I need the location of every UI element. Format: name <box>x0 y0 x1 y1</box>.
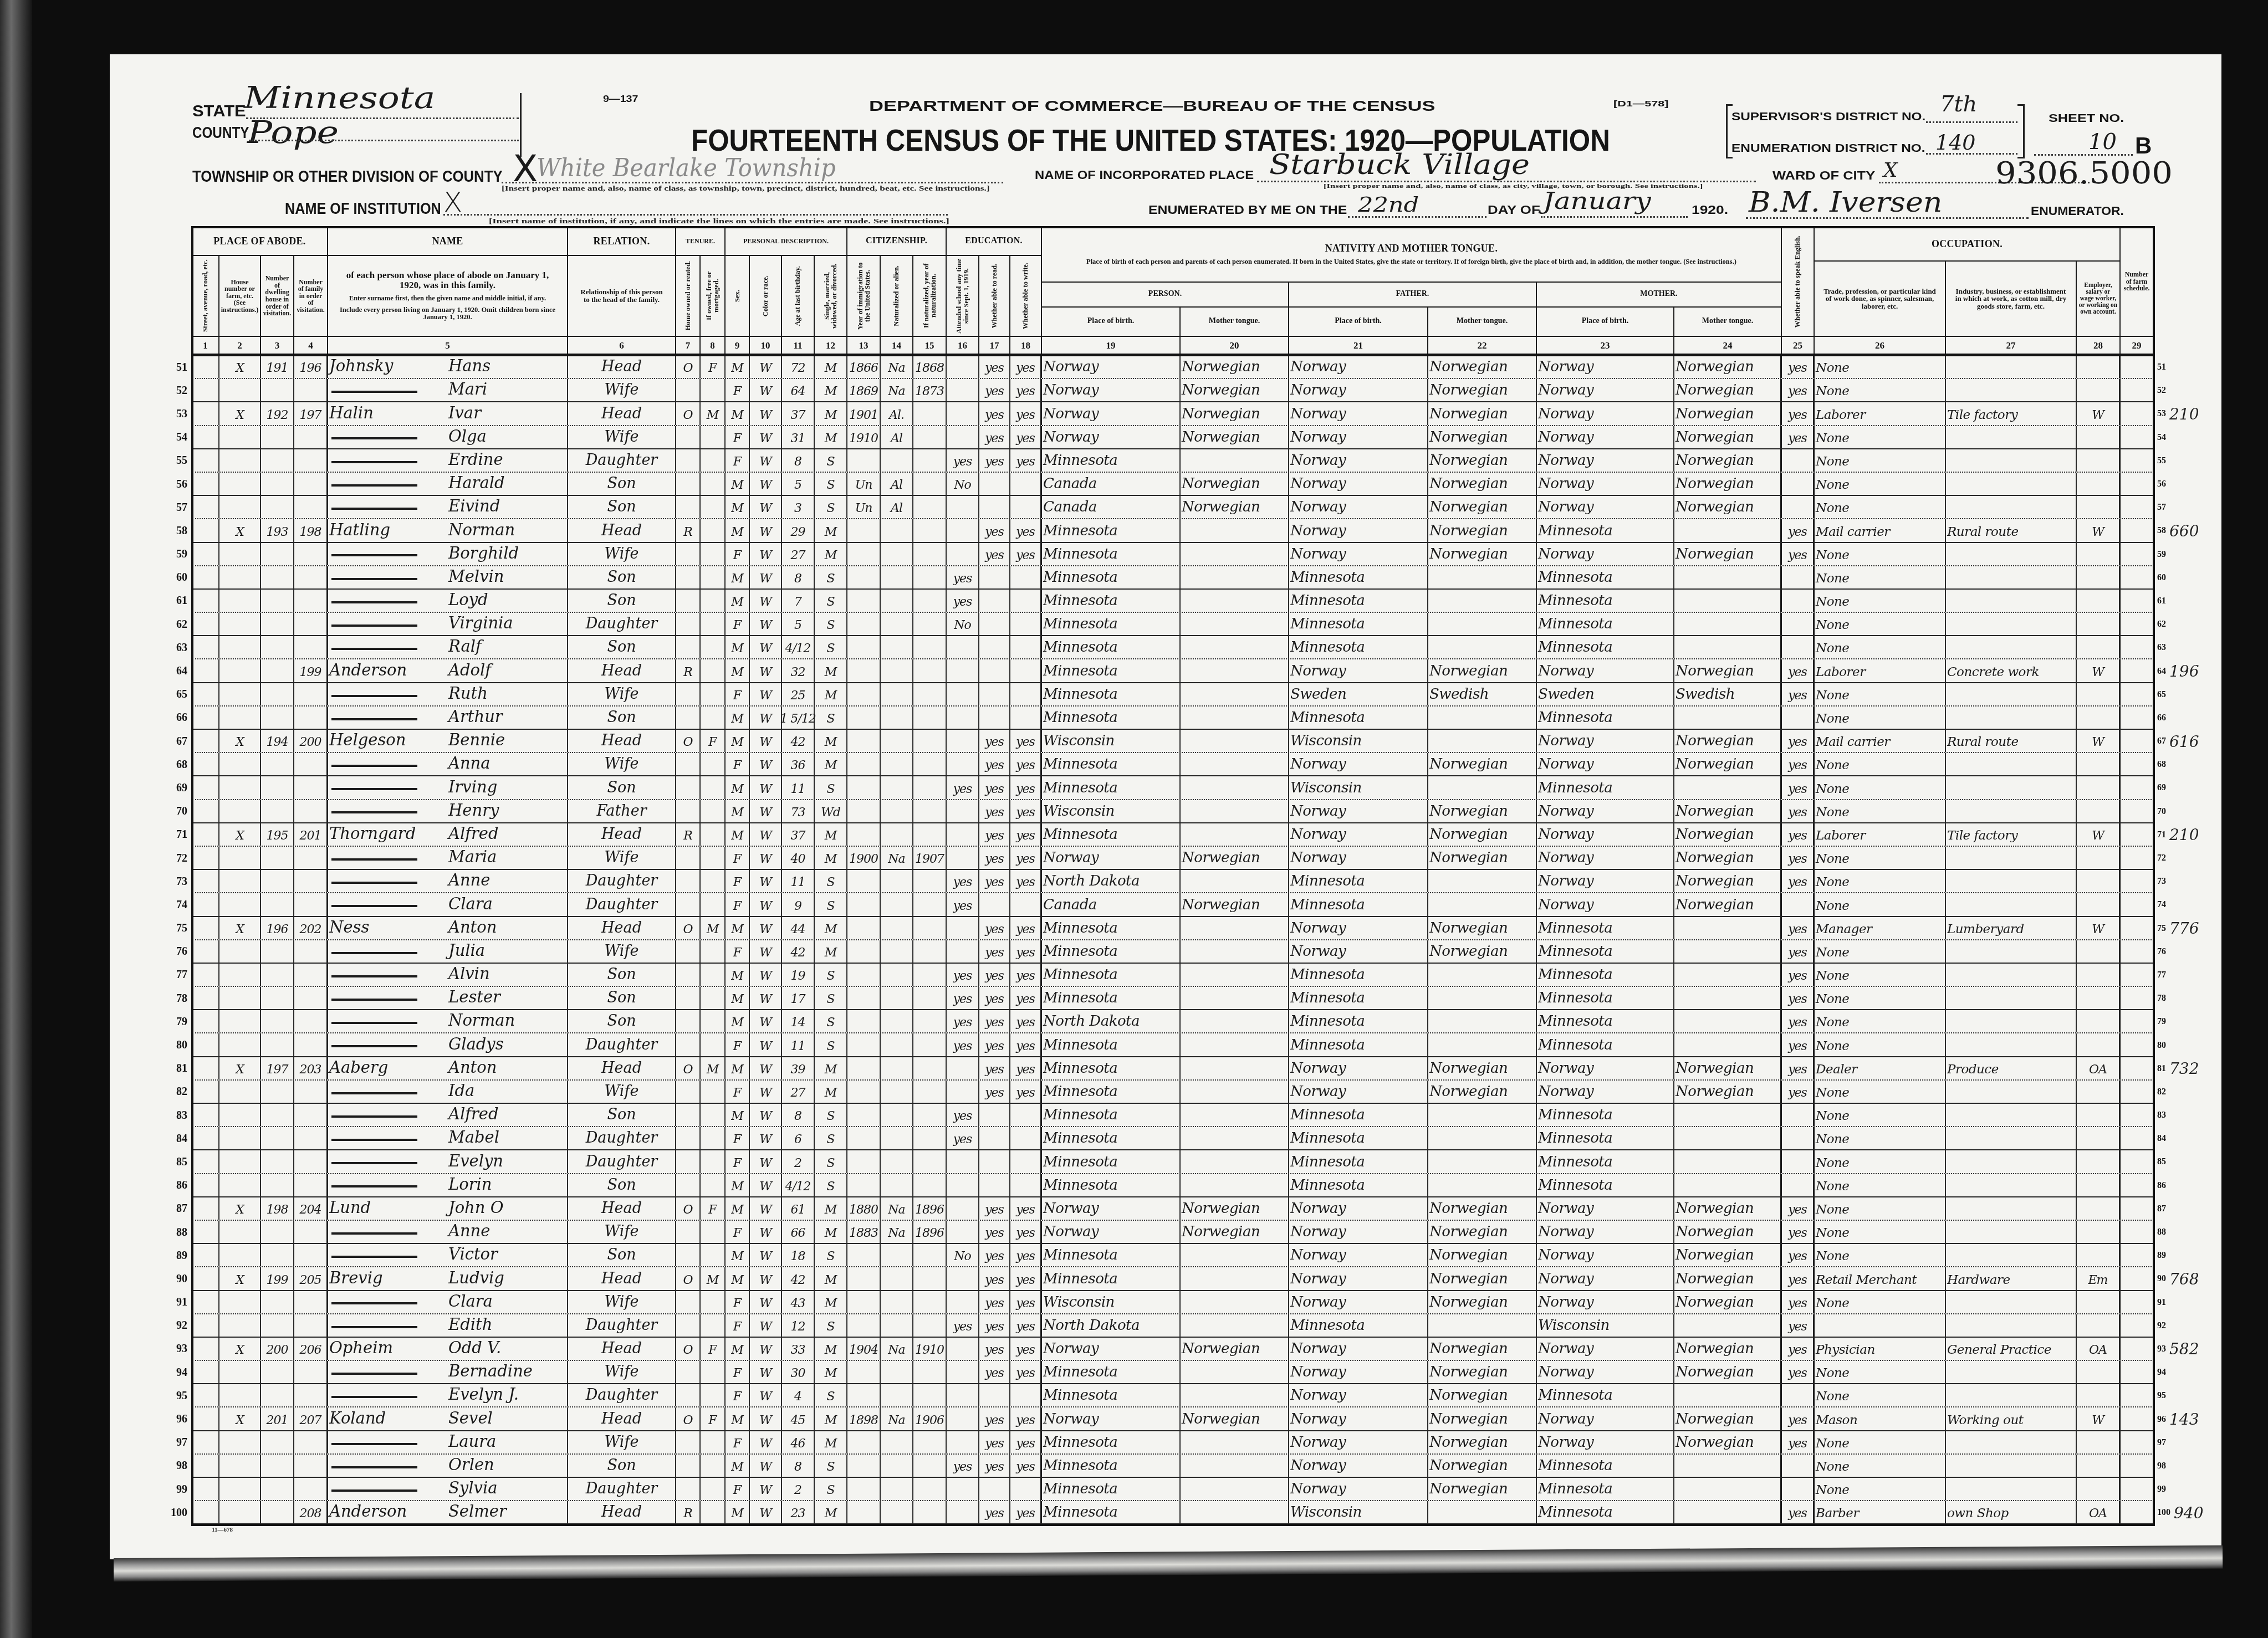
cell-mother-tongue <box>1181 1455 1289 1477</box>
cell-house-number <box>219 1221 261 1243</box>
cell-family-number <box>294 496 328 518</box>
group-mother: MOTHER. <box>1537 283 1782 308</box>
table-row: X193198HatlingNormanHeadRMW29MyesyesMinn… <box>192 519 2154 542</box>
cell-class-of-worker <box>2077 1081 2121 1103</box>
cell-naturalized-alien: Na <box>881 379 913 401</box>
cell-age: 33 <box>782 1338 815 1360</box>
surname: Ness <box>329 918 448 936</box>
surname: — <box>329 754 448 772</box>
cell-street <box>192 1104 219 1126</box>
cell-father-mother-tongue <box>1428 707 1537 729</box>
cell-immigration-year: Un <box>847 496 881 518</box>
month-underline <box>1541 216 1688 218</box>
cell-marital-status: M <box>815 379 847 401</box>
surname: — <box>329 1361 448 1380</box>
cell-mother-birthplace: Norway <box>1537 823 1674 846</box>
cell-can-read: yes <box>979 449 1010 472</box>
cell-name: —Mari <box>328 379 568 401</box>
surname: — <box>329 941 448 960</box>
cell-sex: M <box>726 1010 750 1032</box>
line-number-right: 77 <box>2157 964 2229 987</box>
cell-mother-mother-tongue: Norwegian <box>1674 1081 1782 1103</box>
given-name: Norman <box>448 520 515 539</box>
cell-can-read <box>979 683 1010 705</box>
incorporated-place-label: NAME OF INCORPORATED PLACE <box>1035 169 1254 181</box>
cell-dwelling-number <box>261 964 294 986</box>
line-number-right: 72 <box>2157 847 2229 870</box>
line-number-right: 71210 <box>2157 823 2229 847</box>
cell-farm-schedule <box>2121 1407 2154 1430</box>
cell-age: 29 <box>782 519 815 541</box>
cell-can-read: yes <box>979 1033 1010 1056</box>
cell-father-birthplace: Minnesota <box>1289 613 1428 635</box>
cell-naturalization-year: 1907 <box>913 847 947 869</box>
cell-naturalized-alien <box>881 519 913 541</box>
cell-father-mother-tongue <box>1428 1104 1537 1126</box>
cell-marital-status: S <box>815 613 847 635</box>
group-personal-description: PERSONAL DESCRIPTION. <box>726 227 847 256</box>
cell-immigration-year <box>847 870 881 892</box>
township-underline <box>502 182 1003 183</box>
cell-immigration-year <box>847 1127 881 1149</box>
cell-free-mortgaged <box>701 1081 726 1103</box>
cell-speaks-english: yes <box>1782 1314 1815 1337</box>
cell-free-mortgaged <box>701 1033 726 1056</box>
col-10-header: Color or race. <box>750 256 782 337</box>
cell-naturalized-alien: Na <box>881 847 913 869</box>
cell-industry <box>1946 1174 2077 1196</box>
cell-attended-school: yes <box>947 1033 979 1056</box>
cell-trade: None <box>1815 636 1946 658</box>
township-value: White Bearlake Township <box>537 156 836 181</box>
cell-free-mortgaged <box>701 893 726 915</box>
cell-father-mother-tongue: Norwegian <box>1428 519 1537 541</box>
cell-farm-schedule <box>2121 1314 2154 1337</box>
cell-father-mother-tongue: Norwegian <box>1428 1267 1537 1289</box>
cell-marital-status: M <box>815 1221 847 1243</box>
given-name: Selmer <box>448 1502 507 1521</box>
cell-can-write: yes <box>1010 1431 1042 1453</box>
table-row: X198204LundJohn OHeadOFMW61M1880Na1896ye… <box>192 1197 2154 1221</box>
cell-free-mortgaged <box>701 964 726 986</box>
cell-immigration-year <box>847 543 881 565</box>
cell-marital-status: S <box>815 1150 847 1173</box>
cell-sex: F <box>726 543 750 565</box>
cell-farm-schedule <box>2121 730 2154 752</box>
col-29-header: Number of farm schedule. <box>2121 227 2154 337</box>
cell-birthplace: Minnesota <box>1042 1104 1181 1126</box>
line-number: 59 <box>2157 550 2166 560</box>
cell-trade: None <box>1815 1081 1946 1103</box>
cell-family-number: 207 <box>294 1407 328 1430</box>
line-number: 77 <box>160 964 187 987</box>
cell-industry: Produce <box>1946 1057 2077 1079</box>
cell-speaks-english <box>1782 1384 1815 1406</box>
cell-street <box>192 1081 219 1103</box>
cell-naturalized-alien: Al <box>881 426 913 448</box>
given-name: Anna <box>448 754 491 772</box>
cell-attended-school <box>947 1197 979 1220</box>
cell-street <box>192 1127 219 1149</box>
cell-mother-birthplace: Norway <box>1537 1407 1674 1430</box>
cell-can-write: yes <box>1010 847 1042 869</box>
cell-naturalization-year <box>913 870 947 892</box>
column-number-8: 8 <box>701 337 726 356</box>
cell-mother-mother-tongue: Norwegian <box>1674 1221 1782 1243</box>
cell-family-number: 203 <box>294 1057 328 1079</box>
cell-father-mother-tongue: Norwegian <box>1428 1431 1537 1453</box>
cell-sex: F <box>726 683 750 705</box>
cell-marital-status: M <box>815 1081 847 1103</box>
line-number: 99 <box>160 1478 187 1501</box>
cell-marital-status: M <box>815 730 847 752</box>
cell-age: 18 <box>782 1244 815 1266</box>
cell-birthplace: Canada <box>1042 893 1181 915</box>
cell-attended-school: yes <box>947 449 979 472</box>
cell-class-of-worker <box>2077 1174 2121 1196</box>
cell-can-write: yes <box>1010 1081 1042 1103</box>
cell-color: W <box>750 1104 782 1126</box>
line-number-right: 85 <box>2157 1150 2229 1174</box>
cell-family-number <box>294 1174 328 1196</box>
cell-father-birthplace: Norway <box>1289 426 1428 448</box>
line-number: 63 <box>2157 643 2166 653</box>
cell-mother-birthplace: Norway <box>1537 1221 1674 1243</box>
cell-speaks-english: yes <box>1782 917 1815 939</box>
line-number: 98 <box>160 1455 187 1478</box>
cell-naturalized-alien: Al <box>881 496 913 518</box>
cell-mother-mother-tongue: Norwegian <box>1674 1291 1782 1313</box>
cell-naturalization-year <box>913 1150 947 1173</box>
cell-street <box>192 1010 219 1032</box>
cell-speaks-english: yes <box>1782 1221 1815 1243</box>
cell-free-mortgaged: M <box>701 402 726 424</box>
cell-color: W <box>750 1338 782 1360</box>
cell-naturalization-year <box>913 636 947 658</box>
cell-class-of-worker <box>2077 847 2121 869</box>
cell-father-mother-tongue: Norwegian <box>1428 1338 1537 1360</box>
col-5-header: of each person whose place of abode on J… <box>328 256 568 337</box>
cell-age: 11 <box>782 870 815 892</box>
given-name: Clara <box>448 894 493 913</box>
cell-father-mother-tongue: Norwegian <box>1428 940 1537 963</box>
cell-color: W <box>750 659 782 682</box>
cell-free-mortgaged <box>701 1010 726 1032</box>
cell-home-owned-rented <box>676 496 701 518</box>
cell-naturalized-alien: Na <box>881 356 913 378</box>
cell-street <box>192 1197 219 1220</box>
cell-trade: Barber <box>1815 1501 1946 1523</box>
cell-mother-mother-tongue: Norwegian <box>1674 659 1782 682</box>
cell-mother-mother-tongue <box>1674 1455 1782 1477</box>
cell-trade: Laborer <box>1815 402 1946 424</box>
cell-dwelling-number <box>261 870 294 892</box>
cell-home-owned-rented: R <box>676 659 701 682</box>
cell-home-owned-rented <box>676 753 701 775</box>
cell-industry <box>1946 426 2077 448</box>
cell-attended-school: yes <box>947 566 979 588</box>
cell-class-of-worker <box>2077 1150 2121 1173</box>
line-number-right: 57 <box>2157 496 2229 519</box>
cell-sex: M <box>726 1267 750 1289</box>
cell-free-mortgaged <box>701 1501 726 1523</box>
cell-age: 27 <box>782 1081 815 1103</box>
cell-father-birthplace: Norway <box>1289 356 1428 378</box>
cell-naturalized-alien <box>881 590 913 612</box>
cell-dwelling-number <box>261 1174 294 1196</box>
surname: — <box>329 1104 448 1123</box>
cell-free-mortgaged <box>701 776 726 798</box>
column-number-23: 23 <box>1537 337 1674 356</box>
cell-marital-status: S <box>815 987 847 1009</box>
cell-industry: Rural route <box>1946 519 2077 541</box>
line-numbers-right: 5152532105455565758660596061626364196656… <box>2157 356 2229 1524</box>
cell-father-mother-tongue: Norwegian <box>1428 1081 1537 1103</box>
cell-mother-mother-tongue <box>1674 1127 1782 1149</box>
cell-father-birthplace: Norway <box>1289 496 1428 518</box>
column-number-19: 19 <box>1042 337 1181 356</box>
cell-naturalization-year <box>913 1455 947 1477</box>
given-name: Anne <box>448 1221 490 1240</box>
cell-marital-status: S <box>815 1033 847 1056</box>
margin-note: 582 <box>2169 1340 2199 1358</box>
cell-street <box>192 426 219 448</box>
column-number-11: 11 <box>782 337 815 356</box>
cell-sex: M <box>726 964 750 986</box>
cell-name: JohnskyHans <box>328 356 568 378</box>
cell-father-mother-tongue: Norwegian <box>1428 823 1537 846</box>
cell-father-birthplace: Minnesota <box>1289 636 1428 658</box>
cell-sex: M <box>726 636 750 658</box>
cell-mother-tongue <box>1181 683 1289 705</box>
cell-father-birthplace: Norway <box>1289 823 1428 846</box>
given-name: Eivind <box>448 496 500 515</box>
cell-free-mortgaged <box>701 426 726 448</box>
cell-birthplace: North Dakota <box>1042 870 1181 892</box>
cell-naturalization-year <box>913 1267 947 1289</box>
state-value: Minnesota <box>244 83 435 113</box>
cell-speaks-english: yes <box>1782 659 1815 682</box>
cell-mother-tongue <box>1181 987 1289 1009</box>
cell-immigration-year <box>847 1267 881 1289</box>
line-number-right: 98 <box>2157 1455 2229 1478</box>
line-number: 93 <box>2157 1344 2166 1354</box>
cell-naturalized-alien <box>881 1127 913 1149</box>
cell-can-write <box>1010 1104 1042 1126</box>
cell-naturalization-year <box>913 893 947 915</box>
cell-free-mortgaged <box>701 800 726 822</box>
cell-immigration-year <box>847 917 881 939</box>
cell-mother-mother-tongue <box>1674 964 1782 986</box>
cell-class-of-worker <box>2077 1244 2121 1266</box>
cell-can-read <box>979 1384 1010 1406</box>
cell-sex: F <box>726 753 750 775</box>
cell-naturalization-year <box>913 776 947 798</box>
cell-trade: None <box>1815 964 1946 986</box>
cell-free-mortgaged: F <box>701 1407 726 1430</box>
supervisor-district-value: 7th <box>1940 93 1977 115</box>
cell-marital-status: S <box>815 1455 847 1477</box>
cell-mother-birthplace: Minnesota <box>1537 1033 1674 1056</box>
cell-name: —Anne <box>328 1221 568 1243</box>
cell-name: —Ralf <box>328 636 568 658</box>
cell-dwelling-number <box>261 496 294 518</box>
township-caption: [Insert proper name and, also, name of c… <box>502 185 990 192</box>
cell-marital-status: Wd <box>815 800 847 822</box>
cell-father-mother-tongue: Norwegian <box>1428 379 1537 401</box>
line-number: 94 <box>160 1361 187 1384</box>
cell-age: 44 <box>782 917 815 939</box>
cell-attended-school <box>947 800 979 822</box>
line-number: 81 <box>2157 1064 2166 1074</box>
table-row: —OlgaWifeFW31M1910AlyesyesNorwayNorwegia… <box>192 426 2154 449</box>
cell-naturalized-alien <box>881 987 913 1009</box>
cell-free-mortgaged <box>701 870 726 892</box>
cell-industry <box>1946 1197 2077 1220</box>
cell-mother-tongue <box>1181 1478 1289 1500</box>
cell-age: 31 <box>782 426 815 448</box>
cell-naturalized-alien <box>881 1314 913 1337</box>
cell-age: 61 <box>782 1197 815 1220</box>
cell-naturalization-year <box>913 917 947 939</box>
cell-sex: M <box>726 356 750 378</box>
cell-father-birthplace: Minnesota <box>1289 1104 1428 1126</box>
cell-farm-schedule <box>2121 1431 2154 1453</box>
cell-naturalized-alien <box>881 683 913 705</box>
line-number: 82 <box>2157 1087 2166 1097</box>
table-row: —ErdineDaughterFW8SyesyesyesMinnesotaNor… <box>192 449 2154 473</box>
cell-mother-birthplace: Norway <box>1537 449 1674 472</box>
cell-mother-mother-tongue <box>1674 776 1782 798</box>
county-value: Pope <box>247 117 339 149</box>
incorporated-place-underline <box>1257 181 1756 182</box>
cell-house-number <box>219 426 261 448</box>
cell-color: W <box>750 402 782 424</box>
surname: — <box>329 1011 448 1030</box>
cell-sex: M <box>726 1244 750 1266</box>
group-person: PERSON. <box>1042 283 1289 308</box>
cell-speaks-english <box>1782 613 1815 635</box>
table-row: X200206OpheimOdd V.HeadOFMW33M1904Na1910… <box>192 1338 2154 1361</box>
line-number-right: 96143 <box>2157 1407 2229 1431</box>
cell-street <box>192 776 219 798</box>
cell-industry <box>1946 1010 2077 1032</box>
column-number-21: 21 <box>1289 337 1428 356</box>
cell-speaks-english: yes <box>1782 964 1815 986</box>
line-number-right: 83 <box>2157 1104 2229 1127</box>
cell-class-of-worker <box>2077 356 2121 378</box>
table-row: —MariaWifeFW40M1900Na1907yesyesNorwayNor… <box>192 847 2154 870</box>
line-number: 83 <box>2157 1110 2166 1120</box>
cell-immigration-year: Un <box>847 473 881 495</box>
cell-mother-birthplace: Minnesota <box>1537 1455 1674 1477</box>
cell-relation: Father <box>568 800 676 822</box>
surname: — <box>329 777 448 796</box>
given-name: Erdine <box>448 450 503 469</box>
cell-can-read: yes <box>979 519 1010 541</box>
cell-mother-birthplace: Norway <box>1537 730 1674 752</box>
cell-mother-birthplace: Minnesota <box>1537 636 1674 658</box>
cell-speaks-english: yes <box>1782 1197 1815 1220</box>
cell-free-mortgaged <box>701 1174 726 1196</box>
cell-name: —Clara <box>328 893 568 915</box>
cell-naturalization-year <box>913 1010 947 1032</box>
col-7-desc: Home owned or rented. <box>685 261 692 330</box>
cell-immigration-year <box>847 1010 881 1032</box>
col-1-header: Street, avenue, road, etc. <box>192 256 219 337</box>
line-number-right: 76 <box>2157 940 2229 964</box>
cell-birthplace: Minnesota <box>1042 1431 1181 1453</box>
cell-father-birthplace: Norway <box>1289 800 1428 822</box>
cell-immigration-year: 1869 <box>847 379 881 401</box>
cell-house-number <box>219 1033 261 1056</box>
cell-mother-birthplace: Minnesota <box>1537 1384 1674 1406</box>
cell-mother-tongue <box>1181 519 1289 541</box>
line-number: 71 <box>2157 830 2166 840</box>
cell-can-read: yes <box>979 1081 1010 1103</box>
line-number: 73 <box>160 870 187 893</box>
line-number: 72 <box>160 847 187 870</box>
cell-street <box>192 1244 219 1266</box>
cell-naturalized-alien <box>881 1291 913 1313</box>
cell-sex: M <box>726 496 750 518</box>
cell-trade: Mail carrier <box>1815 730 1946 752</box>
cell-father-mother-tongue: Norwegian <box>1428 496 1537 518</box>
table-row: —LauraWifeFW46MyesyesMinnesotaNorwayNorw… <box>192 1431 2154 1455</box>
cell-home-owned-rented <box>676 1221 701 1243</box>
col-7-header: Home owned or rented. <box>676 256 701 337</box>
cell-family-number <box>294 1361 328 1383</box>
cell-naturalization-year <box>913 707 947 729</box>
column-number-29: 29 <box>2121 337 2154 356</box>
cell-father-birthplace: Norway <box>1289 543 1428 565</box>
cell-sex: M <box>726 776 750 798</box>
cell-speaks-english: yes <box>1782 1501 1815 1523</box>
line-number: 60 <box>160 566 187 590</box>
cell-sex: M <box>726 402 750 424</box>
column-number-25: 25 <box>1782 337 1815 356</box>
cell-industry: General Practice <box>1946 1338 2077 1360</box>
cell-naturalization-year <box>913 449 947 472</box>
cell-birthplace: Minnesota <box>1042 543 1181 565</box>
cell-age: 72 <box>782 356 815 378</box>
cell-free-mortgaged <box>701 1221 726 1243</box>
cell-color: W <box>750 1244 782 1266</box>
cell-dwelling-number <box>261 776 294 798</box>
cell-color: W <box>750 940 782 963</box>
table-row: X196202NessAntonHeadOMMW44MyesyesMinneso… <box>192 917 2154 940</box>
cell-industry <box>1946 566 2077 588</box>
cell-relation: Head <box>568 1407 676 1430</box>
cell-name: —Borghild <box>328 543 568 565</box>
cell-speaks-english: yes <box>1782 1244 1815 1266</box>
cell-naturalization-year: 1906 <box>913 1407 947 1430</box>
enumerated-month: January <box>1543 190 1651 213</box>
cell-father-mother-tongue <box>1428 636 1537 658</box>
cell-marital-status: S <box>815 1384 847 1406</box>
cell-birthplace: Norway <box>1042 1197 1181 1220</box>
cell-age: 14 <box>782 1010 815 1032</box>
col-2-header: House number or farm, etc. (See instruct… <box>219 256 261 337</box>
cell-home-owned-rented <box>676 613 701 635</box>
cell-relation: Daughter <box>568 1150 676 1173</box>
cell-attended-school <box>947 426 979 448</box>
cell-father-birthplace: Norway <box>1289 917 1428 939</box>
cell-marital-status: S <box>815 776 847 798</box>
cell-sex: F <box>726 1291 750 1313</box>
line-number-right: 73 <box>2157 870 2229 893</box>
cell-mother-tongue <box>1181 659 1289 682</box>
